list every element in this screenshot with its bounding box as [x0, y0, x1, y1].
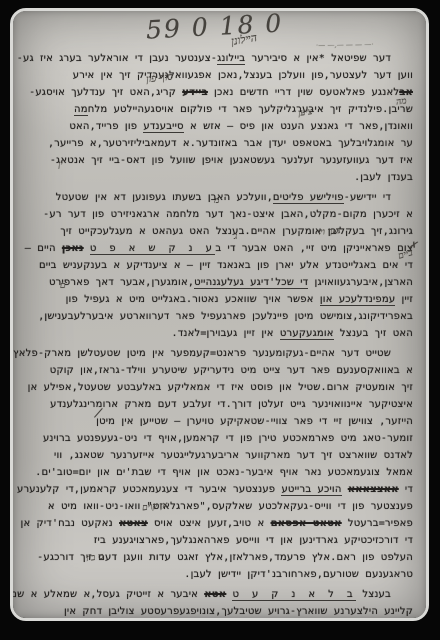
text-segment: ביידע	[182, 87, 208, 98]
text-line: טראגענעם שטורעם,פארחורבנ'דיקן יידישן לעב…	[31, 566, 413, 583]
text-line: א זיכערן מקום-מקלט,האבן איצט-נאך דער מלח…	[31, 206, 413, 223]
text-segment: שריבן.פילנדיק זיך איבערגליקלעך פאר די פו…	[88, 104, 413, 115]
text-segment: די אים באגלייטנדע אלע יארן פון באנאנד זי…	[39, 260, 413, 271]
text-line: זומער-טאג מיט פארמאכטע טירן פון די קראמע…	[31, 430, 413, 447]
text-line: שטייט דער אהיים-געקומענער פראנט=קעמפער א…	[31, 345, 413, 362]
text-segment: די שכל'דיגע געלעגנהייט	[194, 277, 308, 289]
text-line: דער שפיטאל *אין א סיבירער ביילונג-צענטער…	[31, 50, 413, 67]
text-line: באפרידיקונג,צומישט מיטן פיינלעכן פארגעפי…	[31, 308, 413, 325]
text-segment: ב ל א נ ק ע ט	[232, 589, 356, 601]
text-segment: האט זיך בענצל	[334, 328, 413, 339]
text-segment: הייזער, צווישן זיי די פאר צוויי-שטאקיקע …	[96, 416, 413, 427]
text-segment: אמאל צוגעמאכטע נאר אויף איבער-נאכט און א…	[35, 467, 413, 478]
text-segment: אומגעקערט	[280, 328, 334, 340]
text-segment: אאצצאאא	[348, 484, 399, 495]
text-segment: די דורכזיכטיקע גארדינען און די ווייסע פא…	[94, 535, 413, 546]
text-lines: דער שפיטאל *אין א סיבירער ביילונג-צענטער…	[31, 50, 413, 620]
text-line: שריבן.פילנדיק זיך איבערגליקלעך פאר די פו…	[31, 101, 413, 118]
text-line: ער אומגלויבלעך באטאפט יעדן אבר באזונדער.…	[31, 135, 413, 152]
text-segment: פענצטער פון די ווייס-געקאלכטע שאלקעס,"פא…	[48, 501, 413, 512]
text-segment: דער שפיטאל *אין א סיבירער	[245, 53, 391, 64]
text-segment: אטאט אפסאם	[271, 518, 342, 529]
text-segment: א זיכערן מקום-מקלט,האבן איצט-נאך דער מלח…	[43, 209, 413, 220]
text-segment: די	[399, 484, 413, 495]
text-segment: מה	[74, 104, 88, 116]
text-segment: ,וועלכע האבן בשעתו געפונען דא אין שטעטל	[56, 192, 273, 203]
text-segment: עמפינדלעכע און	[320, 294, 395, 306]
text-line: ווען דער לעצטער,פון וועלכן בענצל,נאכן אפ…	[31, 67, 413, 84]
text-segment	[84, 243, 90, 254]
text-segment: -צענטער נעבן די אוראלער בערג איז גע-	[17, 53, 217, 64]
text-segment: איצטיקער איינוואוינער גייט זעלטן דורך.די…	[50, 399, 413, 410]
text-segment: פוילישע פליטים	[273, 192, 344, 204]
text-line: פענצטער פון די ווייס-געקאלכטע שאלקעס,"פא…	[31, 498, 413, 515]
text-segment: לאנגע פאלאטעס שוין דריי חדשים נאכן	[208, 87, 399, 98]
text-line: איז דער געוועזענער זעלנער געשטאנען אויפן…	[31, 152, 413, 169]
text-segment: טראגענעם שטורעם,פארחורבנ'דיקן יידישן לעב…	[184, 569, 413, 580]
text-line: די אים באגלייטנדע אלע יארן פון באנאנד זי…	[31, 257, 413, 274]
text-segment: ווען דער לעצטער,פון וועלכן בענצל,נאכן אפ…	[73, 70, 413, 81]
text-segment: ער אומגלויבלעך באטאפט יעדן אבר באזונדער.…	[48, 138, 413, 149]
text-line: צום פאראייניקן מיט זיי, האט אבער די בע נ…	[31, 240, 413, 257]
page-background: דער שפיטאל *אין א סיבירער ביילונג-צענטער…	[13, 11, 426, 618]
text-segment: נאכן	[62, 243, 84, 254]
text-line: א באוואקסענעם פאר דער צייט מיט נידעריקע …	[31, 362, 413, 379]
text-segment: וואונדן,פאר די גאנצע הענט און פיס — אזש …	[184, 121, 413, 132]
text-segment: זיין	[395, 294, 413, 305]
text-segment: איז דער געוועזענער זעלנער געשטאנען אויפן…	[50, 155, 413, 166]
text-segment: סייבענדע	[143, 121, 183, 133]
text-segment: איבער א זייטיק געסל,א שמאלע א שמוציקע.די	[10, 589, 204, 600]
text-segment: פענצטער איבער די צעגעמאכטע קראמען,די קלע…	[17, 484, 281, 495]
text-line: איצטיקער איינוואוינער גייט זעלטן דורך.די…	[31, 396, 413, 413]
text-line: האט זיך בענצל אומגעקערט אין זיין געבוירן…	[31, 325, 413, 342]
text-segment: אב	[399, 87, 413, 98]
scanned-document-photo: { "document": { "kind": "typewritten Yid…	[0, 0, 440, 640]
text-segment: בענצל	[356, 589, 391, 600]
text-segment: היים —	[25, 243, 62, 254]
text-line: די אאצצאאא הויכע ברייטע פענצטער איבער די…	[31, 481, 413, 498]
text-segment: ע נ ק ש א פ ט	[90, 243, 215, 255]
text-line: העלפט פון ראם.אלץ פרעמד,פארלאזן,אלץ זאגט…	[31, 549, 413, 566]
text-line: גירונג,זיך בעקליבן אומקערן אהיים.בענצל ה…	[31, 223, 413, 240]
text-line: זיך אומעטיק ארום.שטיל און פוסט איז די אמ…	[31, 379, 413, 396]
text-segment: הארצן,איבערגעוואויגן	[308, 277, 413, 288]
text-segment: בענדן לעבן.	[354, 172, 413, 183]
text-line: וואונדן,פאר די גאנצע הענט און פיס — אזש …	[31, 118, 413, 135]
text-segment: אפשר אויך שוואכע נאטור.באגלייט מיט א געפ…	[66, 294, 320, 305]
text-segment: באפרידיקונג,צומישט מיטן פיינלעכן פארגעפי…	[38, 311, 413, 322]
text-segment: אטא	[204, 589, 226, 600]
text-segment: צאטא	[119, 518, 148, 529]
film-outline: דער שפיטאל *אין א סיבירער ביילונג-צענטער…	[10, 8, 429, 621]
text-line: בענצל ב ל א נ ק ע ט אטא איבער א זייטיק ג…	[31, 586, 413, 603]
text-line: די יידישע-פוילישע פליטים,וועלכע האבן בשע…	[31, 189, 413, 206]
text-line: בענדן לעבן.	[31, 169, 413, 186]
text-segment: קליינע הילצערנע שווארץ-גרויע שטיבלעך,צונ…	[64, 606, 413, 617]
text-segment: נאקעט נבח'דיק אן	[21, 518, 120, 529]
text-segment: ביילונג	[217, 53, 245, 65]
text-segment: פון פרייד,האט	[69, 121, 143, 132]
text-line: פאפיר=ברעטל אטאט אפסאם א טויב,זעען איצט …	[31, 515, 413, 532]
text-line: זיין עמפינדלעכע און אפשר אויך שוואכע נאט…	[31, 291, 413, 308]
text-segment: קריג,האט זיך ענדלעך אויסגע-	[29, 87, 182, 98]
text-segment: א באוואקסענעם פאר דער צייט מיט נידעריקע …	[50, 365, 413, 376]
text-segment: פאפיר=ברעטל	[342, 518, 413, 529]
text-segment: גירונג,זיך בעקליבן אומקערן אהיים.בענצל ה…	[60, 226, 413, 237]
text-segment: זומער-טאג מיט פארמאכטע טירן פון די קראמע…	[43, 433, 413, 444]
text-segment: העלפט פון ראם.אלץ פרעמד,פארלאזן,אלץ זאגט…	[37, 552, 413, 563]
text-segment: לאדנס שווארצט זיך דער מארקווער אריבערגעל…	[54, 450, 413, 461]
text-line: קליינע הילצערנע שווארץ-גרויע שטיבלעך,צונ…	[31, 603, 413, 620]
text-segment: שטייט דער אהיים-געקומענער פראנט=קעמפער א…	[10, 348, 391, 359]
text-line: לאדנס שווארצט זיך דער מארקווער אריבערגעל…	[31, 447, 413, 464]
text-line: אמאל צוגעמאכטע נאר אויף איבער-נאכט און א…	[31, 464, 413, 481]
text-segment: צום פאראייניקן מיט זיי, האט אבער די ב	[215, 243, 413, 254]
text-line: הארצן,איבערגעוואויגן די שכל'דיגע געלעגנה…	[31, 274, 413, 291]
text-line: די דורכזיכטיקע גארדינען און די ווייסע פא…	[31, 532, 413, 549]
text-segment: א טויב,זעען איצט אויס	[148, 518, 271, 529]
text-segment: הויכע ברייטע	[281, 484, 341, 496]
text-segment: זיך אומעטיק ארום.שטיל און פוסט איז די אמ…	[28, 382, 413, 393]
text-line: הייזער, צווישן זיי די פאר צוויי-שטאקיקע …	[31, 413, 413, 430]
text-segment: ,אומגערן,אבער דאך פארפירט	[49, 277, 194, 288]
text-segment: אין זיין געבוירן=לאנד.	[171, 328, 279, 339]
text-segment: די יידישע-	[344, 192, 391, 203]
text-line: אבלאנגע פאלאטעס שוין דריי חדשים נאכן ביי…	[31, 84, 413, 101]
